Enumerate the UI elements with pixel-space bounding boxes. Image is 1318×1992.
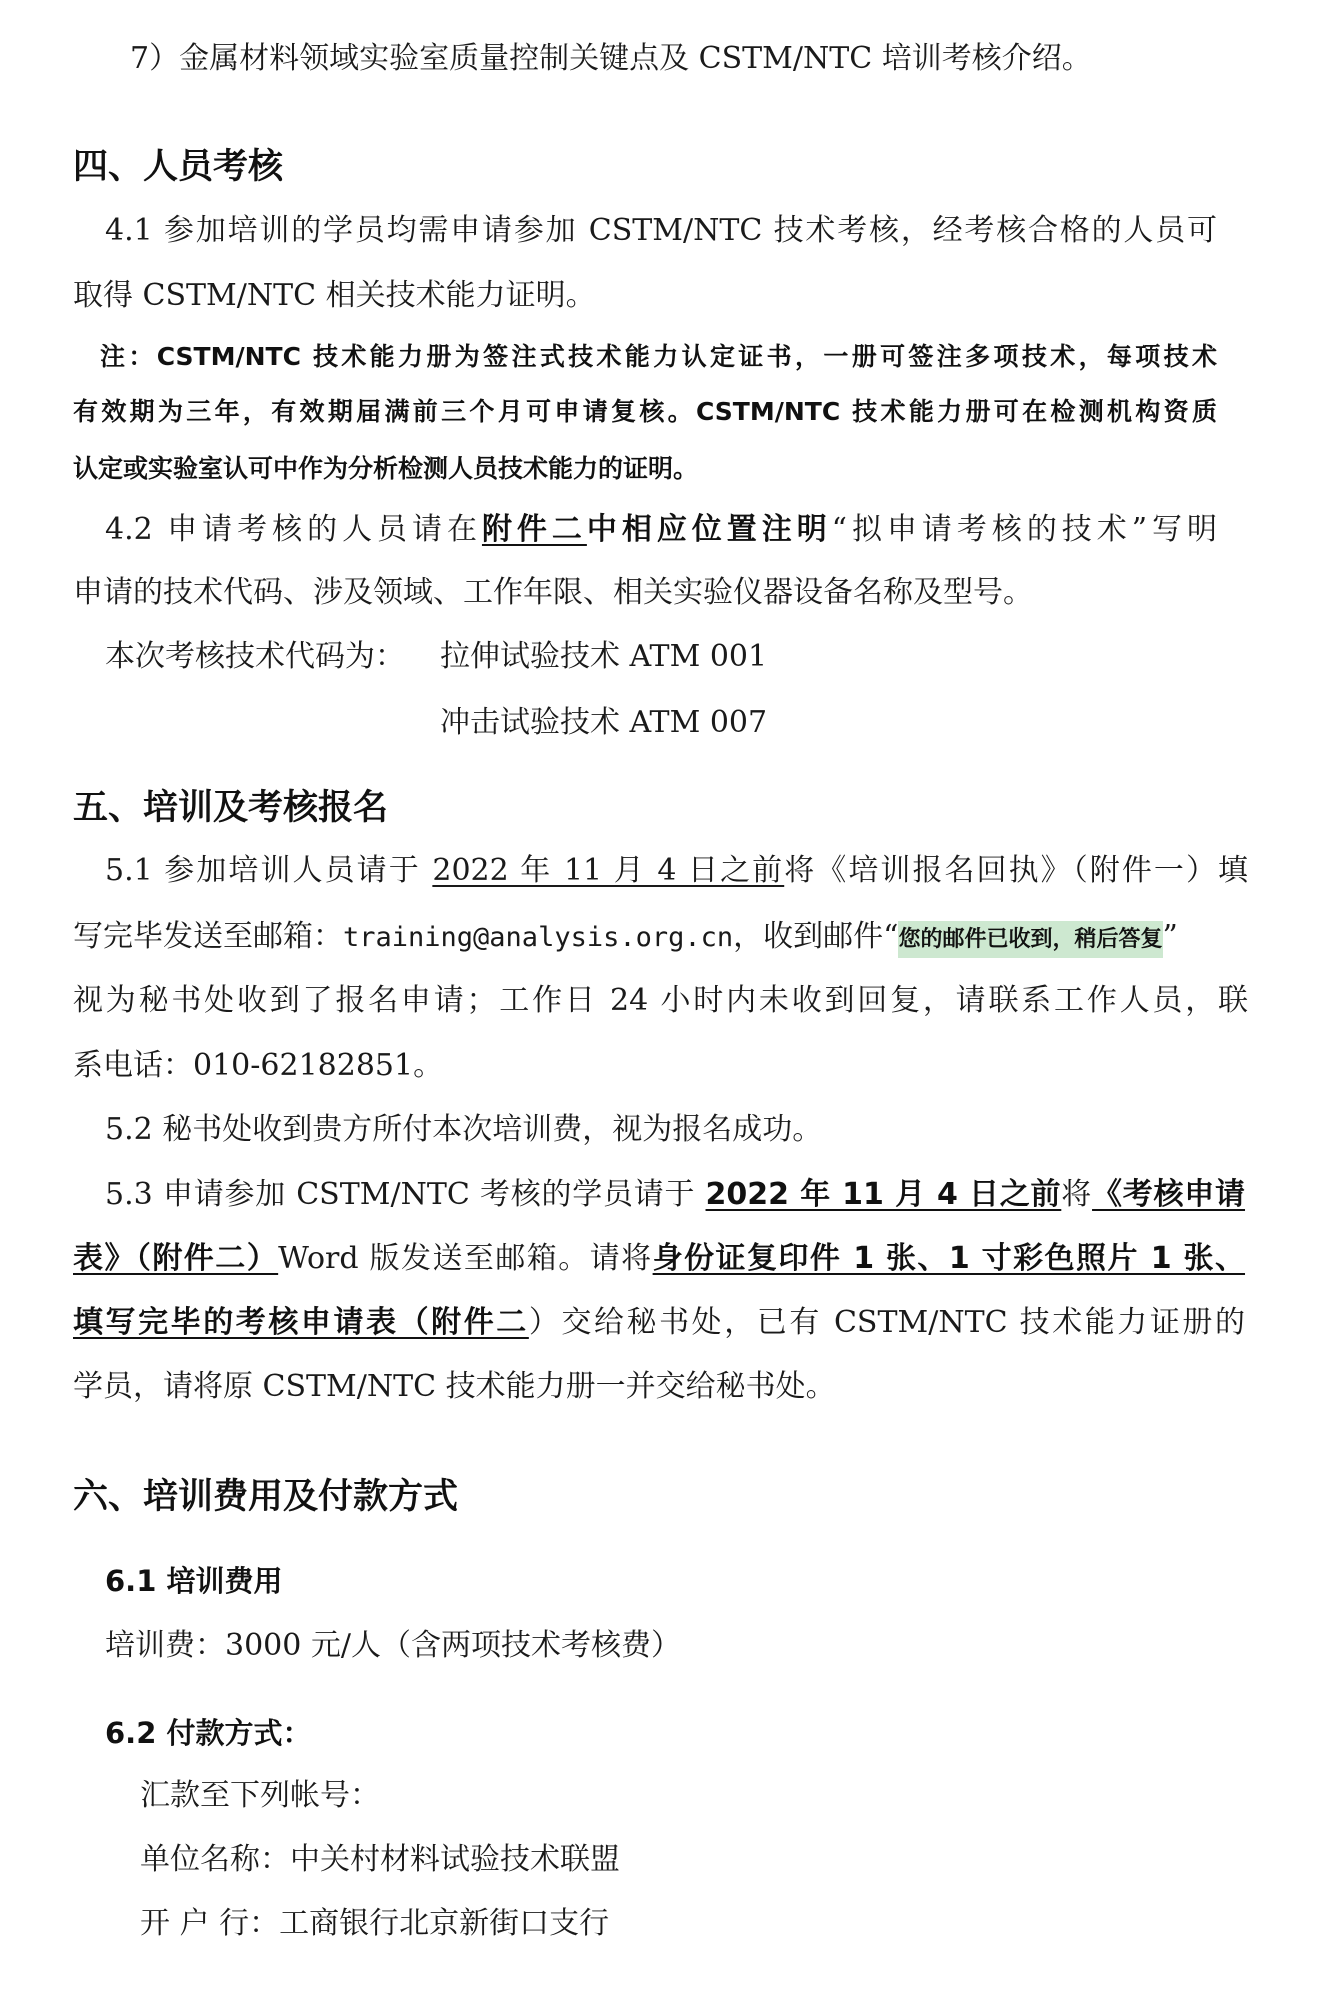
code-tensile: 拉伸试验技术 ATM 001 xyxy=(440,637,767,677)
note-line-3: 认定或实验室认可中作为分析检测人员技术能力的证明。 xyxy=(73,451,698,487)
paragraph-5-1-line-1: 5.1 参加培训人员请于 2022 年 11 月 4 日之前将《培训报名回执》（… xyxy=(105,851,1248,891)
paragraph-5-1-line-4: 系电话：010-62182851。 xyxy=(73,1046,443,1086)
account-unit-name: 单位名称：中关村材料试验技术联盟 xyxy=(140,1840,620,1880)
p51-l2-end: ” xyxy=(1163,919,1178,954)
codes-label: 本次考核技术代码为： xyxy=(105,637,405,677)
paragraph-4-1-line-1: 4.1 参加培训的学员均需申请参加 CSTM/NTC 技术考核，经考核合格的人员… xyxy=(105,211,1217,251)
note-line-2: 有效期为三年，有效期届满前三个月可申请复核。CSTM/NTC 技术能力册可在检测… xyxy=(73,394,1217,430)
paragraph-5-1-line-2: 写完毕发送至邮箱：training@analysis.org.cn，收到邮件“您… xyxy=(73,917,1178,957)
paragraph-5-2: 5.2 秘书处收到贵方所付本次培训费，视为报名成功。 xyxy=(105,1110,822,1150)
remit-instruction: 汇款至下列帐号： xyxy=(140,1776,380,1816)
p53-mid: 将 xyxy=(1061,1177,1092,1212)
paragraph-5-1-line-3: 视为秘书处收到了报名申请；工作日 24 小时内未收到回复，请联系工作人员，联 xyxy=(73,981,1248,1021)
item-7: 7）金属材料领域实验室质量控制关键点及 CSTM/NTC 培训考核介绍。 xyxy=(130,39,1092,79)
subsection-6-1-title: 6.1 培训费用 xyxy=(105,1561,282,1601)
application-form-link-a[interactable]: 《考核申请 xyxy=(1092,1177,1245,1212)
p53-deadline: 2022 年 11 月 4 日之前 xyxy=(706,1177,1062,1212)
training-fee: 培训费：3000 元/人（含两项技术考核费） xyxy=(105,1626,681,1666)
p51-post: 将《培训报名回执》（附件一）填 xyxy=(784,853,1248,888)
p53-pre: 5.3 申请参加 CSTM/NTC 考核的学员请于 xyxy=(105,1177,695,1212)
auto-reply-highlight: 您的邮件已收到，稍后答复 xyxy=(898,921,1162,958)
required-form: 填写完毕的考核申请表（附件二 xyxy=(73,1305,529,1340)
p53-l3-post: ）交给秘书处，已有 CSTM/NTC 技术能力证册的 xyxy=(529,1305,1245,1340)
paragraph-5-3-line-4: 学员，请将原 CSTM/NTC 技术能力册一并交给秘书处。 xyxy=(73,1367,836,1407)
p42-bold: 中相应位置注明 xyxy=(587,512,832,547)
subsection-6-2-title: 6.2 付款方式： xyxy=(105,1713,311,1753)
paragraph-4-2-line-1: 4.2 申请考核的人员请在附件二中相应位置注明“拟申请考核的技术”写明 xyxy=(105,510,1217,550)
p51-l2-pre: 写完毕发送至邮箱： xyxy=(73,919,343,954)
deadline-date: 2022 年 11 月 4 日之前 xyxy=(432,853,784,888)
section-5-heading: 五、培训及考核报名 xyxy=(73,785,388,831)
required-docs: 身份证复印件 1 张、1 寸彩色照片 1 张、 xyxy=(653,1241,1245,1276)
paragraph-5-3-line-1: 5.3 申请参加 CSTM/NTC 考核的学员请于 2022 年 11 月 4 … xyxy=(105,1175,1245,1215)
attachment-2-link[interactable]: 附件二 xyxy=(482,512,587,547)
section-4-heading: 四、人员考核 xyxy=(73,144,283,190)
section-6-heading: 六、培训费用及付款方式 xyxy=(73,1474,458,1520)
email-link[interactable]: training@analysis.org.cn xyxy=(343,922,733,953)
p51-pre: 5.1 参加培训人员请于 xyxy=(105,853,421,888)
paragraph-4-2-line-2: 申请的技术代码、涉及领域、工作年限、相关实验仪器设备名称及型号。 xyxy=(73,573,1033,613)
p42-pre: 4.2 申请考核的人员请在 xyxy=(105,512,482,547)
account-bank: 开 户 行：工商银行北京新街口支行 xyxy=(140,1904,609,1944)
paragraph-4-1-line-2: 取得 CSTM/NTC 相关技术能力证明。 xyxy=(73,276,596,316)
application-form-link-b[interactable]: 表》（附件二） xyxy=(73,1241,278,1276)
paragraph-5-3-line-3: 填写完毕的考核申请表（附件二）交给秘书处，已有 CSTM/NTC 技术能力证册的 xyxy=(73,1303,1245,1343)
note-line-1: 注：CSTM/NTC 技术能力册为签注式技术能力认定证书，一册可签注多项技术，每… xyxy=(100,339,1217,375)
p53-l2-mid: Word 版发送至邮箱。请将 xyxy=(278,1241,652,1276)
p51-l2-mid: ，收到邮件“ xyxy=(733,919,898,954)
code-impact: 冲击试验技术 ATM 007 xyxy=(440,703,767,743)
p42-post: “拟申请考核的技术”写明 xyxy=(832,512,1217,547)
paragraph-5-3-line-2: 表》（附件二）Word 版发送至邮箱。请将身份证复印件 1 张、1 寸彩色照片 … xyxy=(73,1239,1245,1279)
